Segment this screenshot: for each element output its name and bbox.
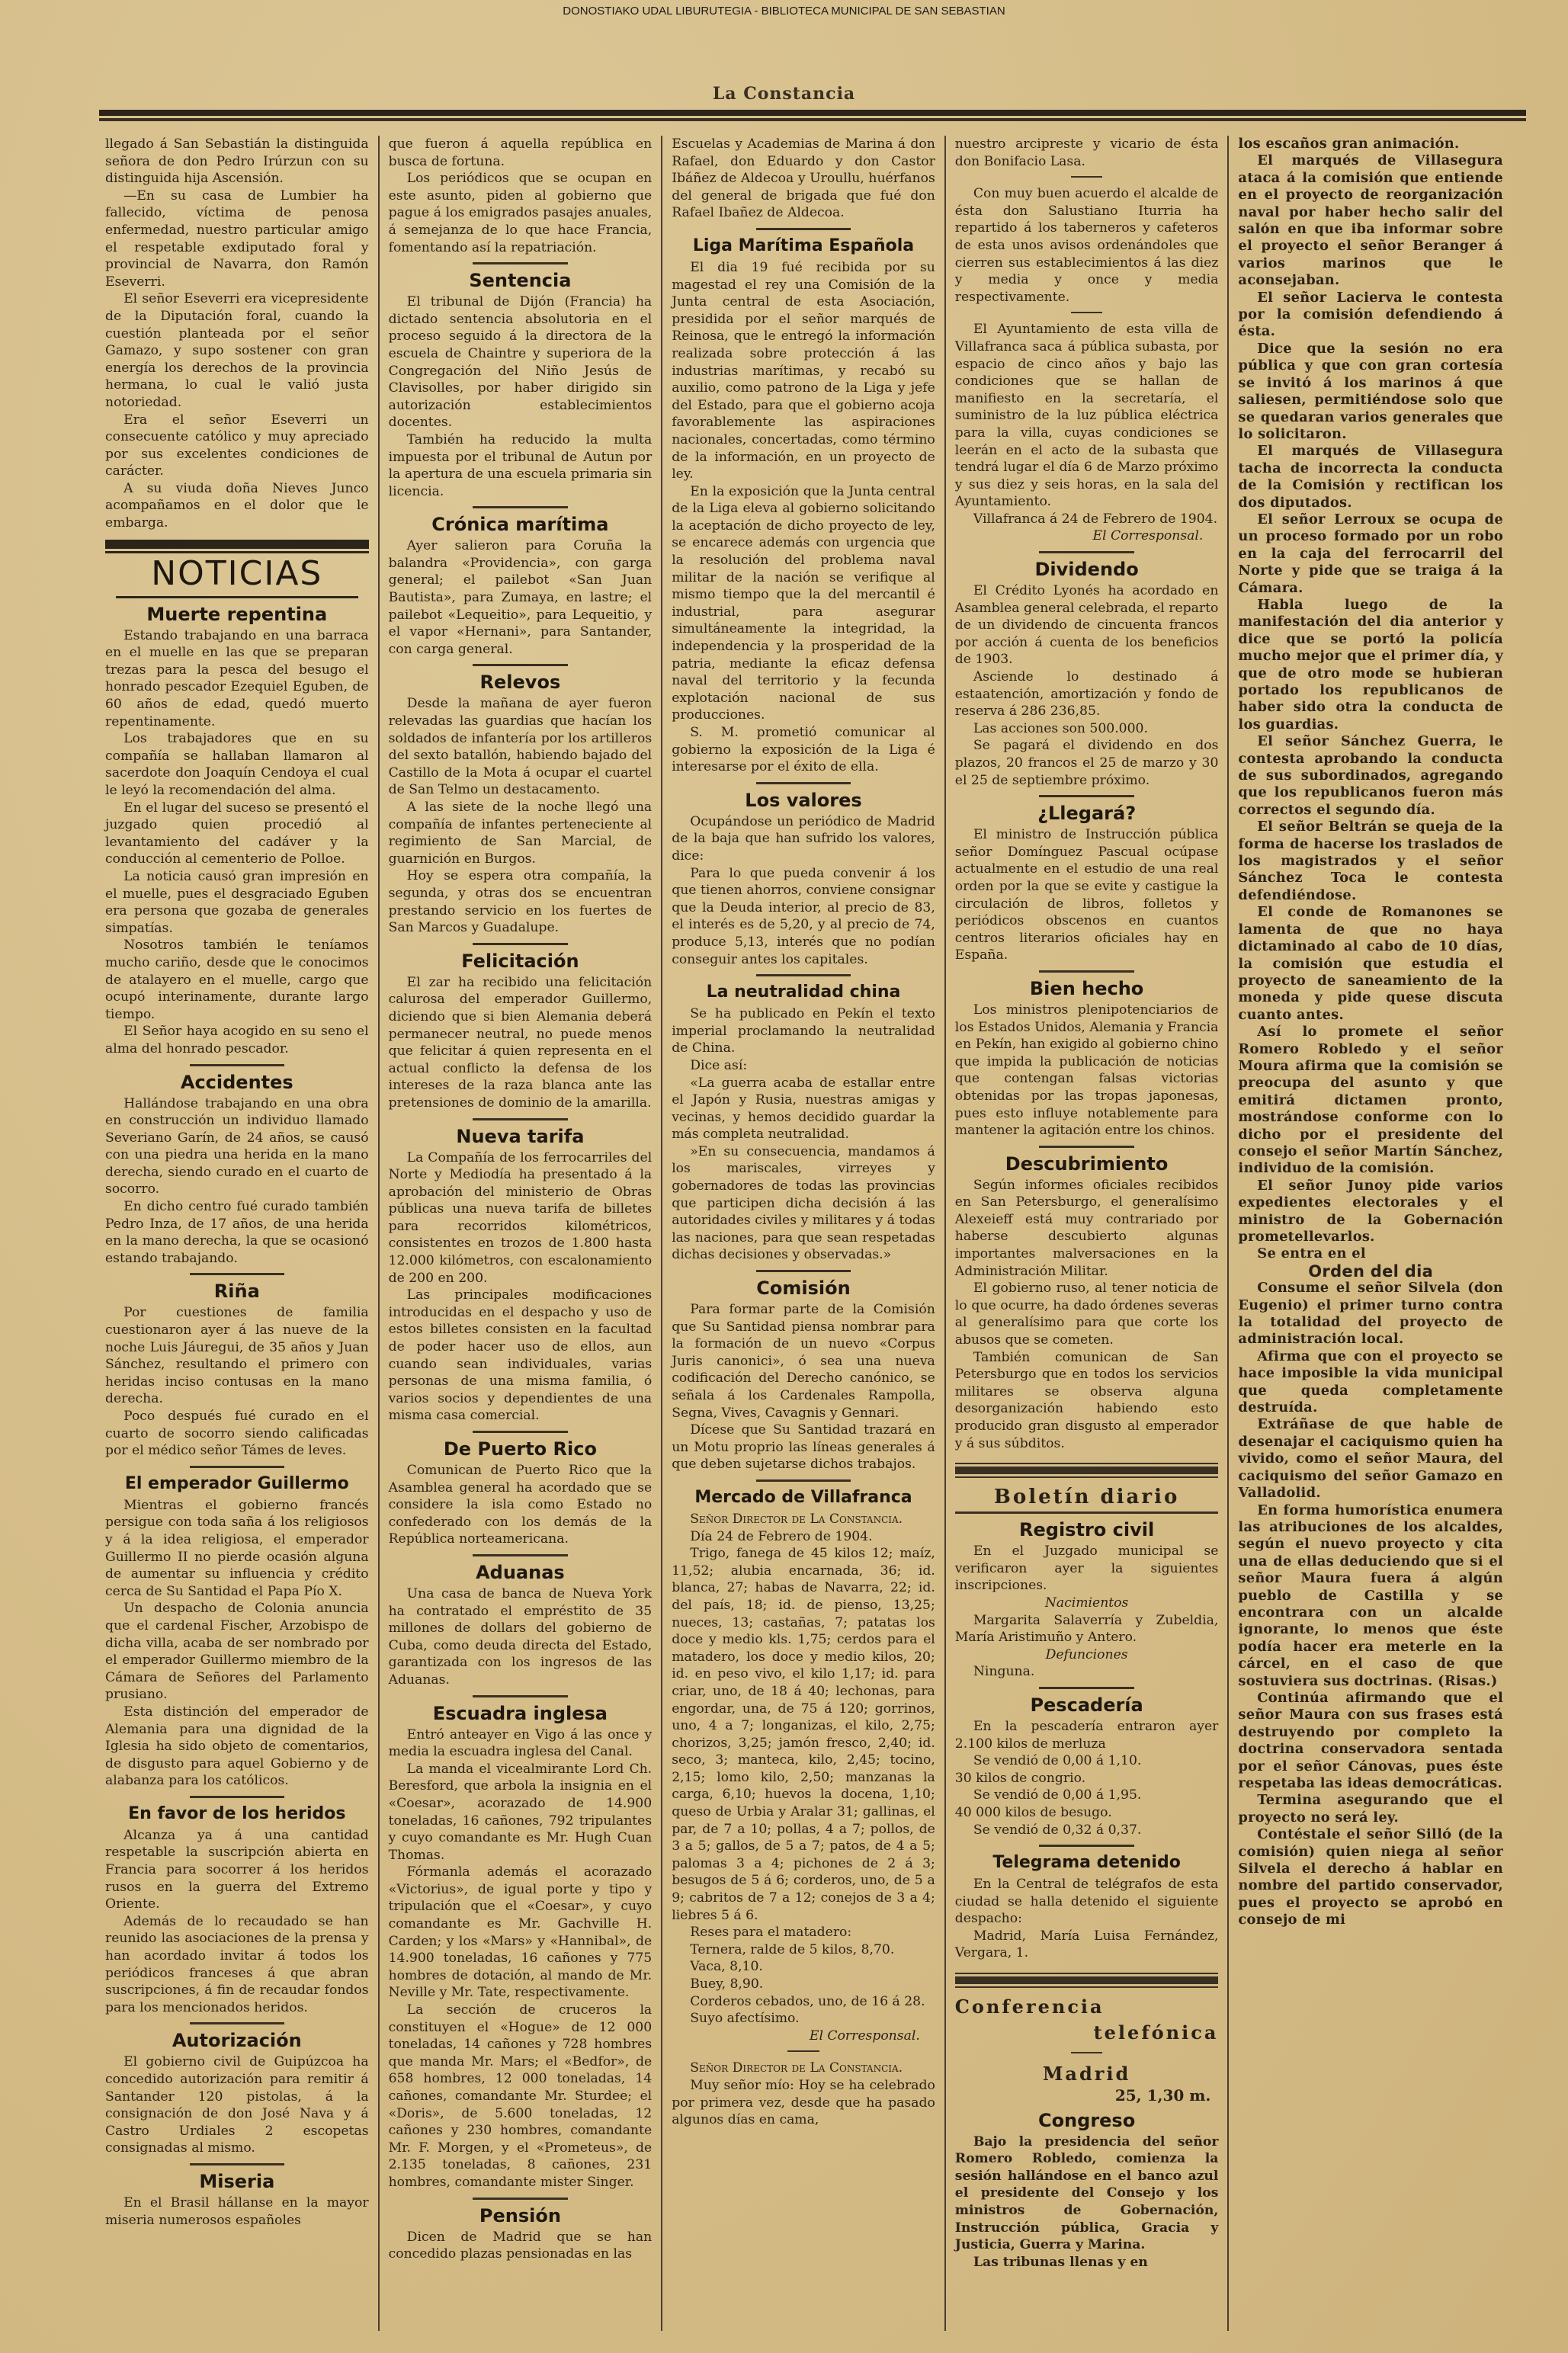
subheading-nacimientos: Nacimientos (955, 1595, 1219, 1612)
divider (1039, 1687, 1134, 1689)
conferencia-city: Madrid (955, 2061, 1219, 2087)
article-paragraph: S. M. prometió comunicar al gobierno la … (672, 724, 935, 776)
article-paragraph: Los trabajadores que en su compañía se h… (105, 730, 369, 799)
column-4: nuestro arcipreste y vicario de ésta don… (946, 136, 1230, 2331)
divider (1039, 1146, 1134, 1148)
article-paragraph: El señor Lerroux se ocupa de un proceso … (1238, 511, 1503, 597)
fish-line: Se vendió de 0,00 á 1,95. (955, 1787, 1219, 1804)
divider (473, 943, 567, 945)
article-paragraph: Las principales modificaciones introduci… (389, 1287, 653, 1425)
article-paragraph: El señor Sánchez Guerra, le contesta apr… (1238, 733, 1503, 819)
divider (756, 1270, 851, 1272)
divider (1071, 176, 1102, 178)
headline-congreso: Congreso (955, 2109, 1219, 2132)
market-price-line: Vaca, 8,10. (672, 1958, 935, 1976)
divider (1071, 312, 1102, 313)
headline-dividendo: Dividendo (955, 558, 1219, 581)
article-paragraph: Día 24 de Febrero de 1904. (672, 1528, 935, 1546)
article-paragraph: El zar ha recibido una felicitación calu… (389, 974, 653, 1112)
masthead-title: La Constancia (0, 84, 1568, 104)
article-paragraph: Dícese que Su Santidad trazará en un Mot… (672, 1422, 935, 1473)
market-price-line: Buey, 8,90. (672, 1976, 935, 1993)
article-paragraph: llegado á San Sebastián la distinguida s… (105, 136, 369, 188)
article-paragraph: Bajo la presidencia del señor Romero Rob… (955, 2133, 1219, 2254)
section-double-rule (955, 1463, 1219, 1478)
article-paragraph: Así lo promete el señor Romero Robledo y… (1238, 1024, 1503, 1178)
letter-salutation: Señor Director de La Constancia. (672, 2060, 935, 2077)
divider (756, 228, 851, 230)
article-paragraph: En dicho centro fué curado también Pedro… (105, 1198, 369, 1267)
divider (473, 506, 567, 508)
article-paragraph: Termina asegurando que el proyecto no se… (1238, 1792, 1503, 1826)
article-paragraph: Dice así: (672, 1057, 935, 1075)
article-paragraph: La manda el vicealmirante Lord Ch. Beres… (389, 1761, 653, 1864)
article-paragraph: —En su casa de Lumbier ha fallecido, víc… (105, 188, 369, 291)
article-paragraph: Alcanza ya á una cantidad respetable la … (105, 1827, 369, 1913)
article-paragraph: La sección de cruceros la constituyen el… (389, 2002, 653, 2191)
article-paragraph: Según informes oficiales recibidos en Sa… (955, 1177, 1219, 1281)
article-paragraph: Madrid, María Luisa Fernández, Vergara, … (955, 1928, 1219, 1962)
market-price-line: Ternera, ralde de 5 kilos, 8,70. (672, 1941, 935, 1959)
headline-liga-maritima: Liga Marítima Española (672, 235, 935, 258)
article-paragraph: Los periódicos que se ocupan en este asu… (389, 170, 653, 256)
column-3: Escuelas y Academias de Marina á don Raf… (662, 136, 946, 2331)
divider (190, 1466, 284, 1468)
headline-autorizacion: Autorización (105, 2029, 369, 2052)
article-paragraph: El Ayuntamiento de esta villa de Villafr… (955, 321, 1219, 511)
article-paragraph: »En su consecuencia, mandamos á los mari… (672, 1143, 935, 1264)
article-paragraph: Muy señor mío: Hoy se ha celebrado por p… (672, 2077, 935, 2129)
article-paragraph: Se ha publicado en Pekín el texto imperi… (672, 1005, 935, 1057)
divider (1039, 970, 1134, 973)
article-paragraph: nuestro arcipreste y vicario de ésta don… (955, 136, 1219, 170)
signature: El Corresponsal. (672, 2028, 935, 2045)
article-paragraph: Ocupándose un periódico de Madrid de la … (672, 813, 935, 865)
headline-neutralidad-china: La neutralidad china (672, 981, 935, 1004)
article-paragraph: Las acciones son 500.000. (955, 720, 1219, 738)
deaths-list: Ninguna. (955, 1663, 1219, 1681)
article-paragraph: Nosotros también le teníamos mucho cariñ… (105, 937, 369, 1023)
divider (1039, 1845, 1134, 1847)
article-paragraph: La noticia causó gran impresión en el mu… (105, 868, 369, 937)
archive-header: DONOSTIAKO UDAL LIBURUTEGIA - BIBLIOTECA… (0, 5, 1568, 18)
article-paragraph: Mientras el gobierno francés persigue co… (105, 1497, 369, 1601)
article-paragraph: Se pagará el dividendo en dos plazos, 20… (955, 737, 1219, 789)
divider (473, 1695, 567, 1697)
article-paragraph: Estando trabajando en una barraca en el … (105, 627, 369, 731)
masthead-rule (99, 110, 1526, 118)
section-title: NOTICIAS (105, 553, 369, 595)
article-paragraph: El conde de Romanones se lamenta de que … (1238, 904, 1503, 1024)
article-paragraph: Además de lo recaudado se han reunido la… (105, 1913, 369, 2017)
headline-llegara: ¿Llegará? (955, 802, 1219, 825)
headline-felicitacion: Felicitación (389, 950, 653, 973)
divider (756, 1479, 851, 1482)
column-1: llegado á San Sebastián la distinguida s… (96, 136, 380, 2331)
headline-rina: Riña (105, 1280, 369, 1303)
article-paragraph: En el lugar del suceso se presentó el ju… (105, 800, 369, 868)
article-paragraph: Fórmanla además el acorazado «Victorius»… (389, 1864, 653, 2002)
article-paragraph: Extráñase de que hable de desenajar el c… (1238, 1416, 1503, 1502)
divider (473, 1554, 567, 1556)
article-paragraph: El señor Junoy pide varios expedientes e… (1238, 1178, 1503, 1246)
headline-relevos: Relevos (389, 671, 653, 694)
article-paragraph: Para lo que pueda convenir á los que tie… (672, 865, 935, 969)
divider (190, 1064, 284, 1066)
divider (756, 974, 851, 976)
article-paragraph: Las tribunas llenas y en (955, 2254, 1219, 2271)
article-paragraph: Entró anteayer en Vigo á las once y medi… (389, 1726, 653, 1761)
headline-registro-civil: Registro civil (955, 1518, 1219, 1541)
article-paragraph: Ayer salieron para Coruña la balandra «P… (389, 537, 653, 658)
fish-line: Se vendió de 0,32 á 0,37. (955, 1822, 1219, 1839)
article-paragraph: Con muy buen acuerdo el alcalde de ésta … (955, 185, 1219, 306)
column-5: los escaños gran animación. El marqués d… (1229, 136, 1512, 2331)
headline-cronica-maritima: Crónica marítima (389, 513, 653, 536)
article-paragraph: El marqués de Villasegura ataca á la com… (1238, 152, 1503, 289)
article-paragraph: Los ministros plenipotenciarios de los E… (955, 1002, 1219, 1140)
divider (190, 1796, 284, 1798)
article-paragraph: En el Brasil hállanse en la mayor miseri… (105, 2194, 369, 2229)
subheading-defunciones: Defunciones (955, 1646, 1219, 1664)
headline-aduanas: Aduanas (389, 1561, 653, 1584)
article-paragraph: «La guerra acaba de estallar entre el Ja… (672, 1075, 935, 1143)
article-paragraph: Poco después fué curado en el cuarto de … (105, 1408, 369, 1460)
headline-pension: Pensión (389, 2204, 653, 2227)
article-paragraph: En forma humorística enumera las atribuc… (1238, 1502, 1503, 1690)
conferencia-title-line2: telefónica (955, 2020, 1219, 2046)
divider (1039, 551, 1134, 553)
divider (473, 1431, 567, 1433)
fish-line: 40 000 kilos de besugo. (955, 1804, 1219, 1822)
letter-closing: Suyo afectísimo. (672, 2010, 935, 2028)
article-paragraph: También comunican de San Petersburgo que… (955, 1349, 1219, 1453)
article-paragraph: El gobierno civil de Guipúzcoa ha conced… (105, 2053, 369, 2157)
letter-salutation: Señor Director de La Constancia. (672, 1511, 935, 1528)
article-paragraph: El ministro de Instrucción pública señor… (955, 826, 1219, 964)
article-paragraph: También ha reducido la multa impuesta po… (389, 431, 653, 500)
article-paragraph: En la Central de telégrafos de esta ciud… (955, 1876, 1219, 1928)
article-paragraph: El señor Lacierva le contesta por la com… (1238, 290, 1503, 341)
article-paragraph: Un despacho de Colonia anuncia que el ca… (105, 1600, 369, 1704)
article-paragraph: La Compañía de los ferrocarriles del Nor… (389, 1149, 653, 1287)
article-paragraph: Hallándose trabajando en una obra en con… (105, 1095, 369, 1199)
divider (473, 664, 567, 666)
headline-escuadra-inglesa: Escuadra inglesa (389, 1702, 653, 1725)
newspaper-columns: llegado á San Sebastián la distinguida s… (96, 136, 1512, 2331)
divider (190, 2022, 284, 2024)
divider (787, 2050, 819, 2052)
article-paragraph: Consume el señor Silvela (don Eugenio) e… (1238, 1280, 1503, 1348)
article-paragraph: Dicen de Madrid que se han concedido pla… (389, 2229, 653, 2263)
headline-pescaderia: Pescadería (955, 1694, 1219, 1717)
headline-accidentes: Accidentes (105, 1071, 369, 1094)
market-prices: Trigo, fanega de 45 kilos 12; maíz, 11,5… (672, 1545, 935, 1924)
column-2: que fueron á aquella república en busca … (380, 136, 663, 2331)
article-paragraph: Era el señor Eseverri un consecuente cat… (105, 412, 369, 480)
article-paragraph: Se entra en el (1238, 1245, 1503, 1262)
section-title-boletin: Boletín diario (955, 1484, 1219, 1510)
article-paragraph: En la exposición que la Junta central de… (672, 483, 935, 724)
article-paragraph: Afirma que con el proyecto se hace impos… (1238, 1348, 1503, 1417)
article-paragraph: Desde la mañana de ayer fueron relevadas… (389, 695, 653, 799)
headline-los-valores: Los valores (672, 789, 935, 812)
headline-emperador-guillermo: El emperador Guillermo (105, 1473, 369, 1495)
article-paragraph: Una casa de banca de Nueva York ha contr… (389, 1585, 653, 1689)
article-paragraph: Contéstale el señor Silló (de la comisió… (1238, 1826, 1503, 1928)
headline-comision: Comisión (672, 1277, 935, 1300)
divider (955, 1511, 1219, 1514)
divider (473, 1118, 567, 1120)
conferencia-time: 25, 1,30 m. (955, 2087, 1219, 2105)
article-paragraph: Reses para el matadero: (672, 1924, 935, 1941)
section-double-rule (955, 1973, 1219, 1988)
headline-mercado-villafranca: Mercado de Villafranca (672, 1486, 935, 1509)
divider (190, 2163, 284, 2165)
divider (1039, 795, 1134, 797)
article-paragraph: Dice que la sesión no era pública y que … (1238, 341, 1503, 443)
divider (756, 782, 851, 784)
headline-puerto-rico: De Puerto Rico (389, 1438, 653, 1460)
article-paragraph: El Señor haya acogido en su seno el alma… (105, 1023, 369, 1057)
article-paragraph: Comunican de Puerto Rico que la Asamblea… (389, 1462, 653, 1548)
births-list: Margarita Salaverría y Zubeldia, María A… (955, 1612, 1219, 1646)
article-paragraph: El señor Beltrán se queja de la forma de… (1238, 819, 1503, 904)
article-paragraph: Escuelas y Academias de Marina á don Raf… (672, 136, 935, 222)
article-paragraph: El señor Eseverri era vicepresidente de … (105, 290, 369, 411)
article-paragraph: A su viuda doña Nieves Junco acompañamos… (105, 480, 369, 532)
article-paragraph: El dia 19 fué recibida por su magestad e… (672, 259, 935, 483)
market-price-line: Corderos cebados, uno, de 16 á 28. (672, 1993, 935, 2011)
article-paragraph: Para formar parte de la Comisión que Su … (672, 1301, 935, 1422)
divider (473, 262, 567, 264)
headline-nueva-tarifa: Nueva tarifa (389, 1125, 653, 1148)
article-paragraph: Continúa afirmando que el señor Maura co… (1238, 1690, 1503, 1792)
headline-muerte-repentina: Muerte repentina (105, 603, 369, 626)
article-paragraph: Esta distinción del emperador de Alemani… (105, 1704, 369, 1790)
article-paragraph: Hoy se espera otra compañía, la segunda,… (389, 867, 653, 936)
article-paragraph: El Crédito Lyonés ha acordado en Asamble… (955, 582, 1219, 668)
article-paragraph: En el Juzgado municipal se verificaron a… (955, 1543, 1219, 1595)
article-paragraph: los escaños gran animación. (1238, 136, 1503, 152)
fish-line: 30 kilos de congrio. (955, 1770, 1219, 1787)
headline-descubrimiento: Descubrimiento (955, 1152, 1219, 1175)
article-paragraph: Asciende lo destinado á estaatención, am… (955, 668, 1219, 720)
fish-line: En la pescadería entraron ayer 2.100 kil… (955, 1718, 1219, 1752)
headline-miseria: Miseria (105, 2170, 369, 2193)
conferencia-title-line1: Conferencia (955, 1994, 1219, 2020)
article-paragraph: Habla luego de la manifestación del dia … (1238, 597, 1503, 733)
headline-sentencia: Sentencia (389, 269, 653, 292)
divider (190, 1273, 284, 1275)
fish-line: Se vendió de 0,00 á 1,10. (955, 1752, 1219, 1770)
signature: El Corresponsal. (955, 527, 1219, 545)
divider (1071, 2052, 1102, 2053)
headline-telegrama-detenido: Telegrama detenido (955, 1851, 1219, 1874)
divider (473, 2198, 567, 2200)
headline-bien-hecho: Bien hecho (955, 977, 1219, 1000)
divider (116, 596, 358, 598)
dateline: Villafranca á 24 de Febrero de 1904. (955, 511, 1219, 528)
article-paragraph: El marqués de Villasegura tacha de incor… (1238, 443, 1503, 511)
article-paragraph: A las siete de la noche llegó una compañ… (389, 799, 653, 867)
divider (105, 540, 369, 549)
article-paragraph: El gobierno ruso, al tener noticia de lo… (955, 1280, 1219, 1348)
noticias-section-header: NOTICIAS (105, 540, 369, 598)
headline-favor-heridos: En favor de los heridos (105, 1803, 369, 1826)
article-paragraph: El tribunal de Dijón (Francia) ha dictad… (389, 293, 653, 431)
article-paragraph: que fueron á aquella república en busca … (389, 136, 653, 170)
subheading-orden-del-dia: Orden del dia (1238, 1263, 1503, 1280)
article-paragraph: Por cuestiones de familia cuestionaron a… (105, 1304, 369, 1408)
